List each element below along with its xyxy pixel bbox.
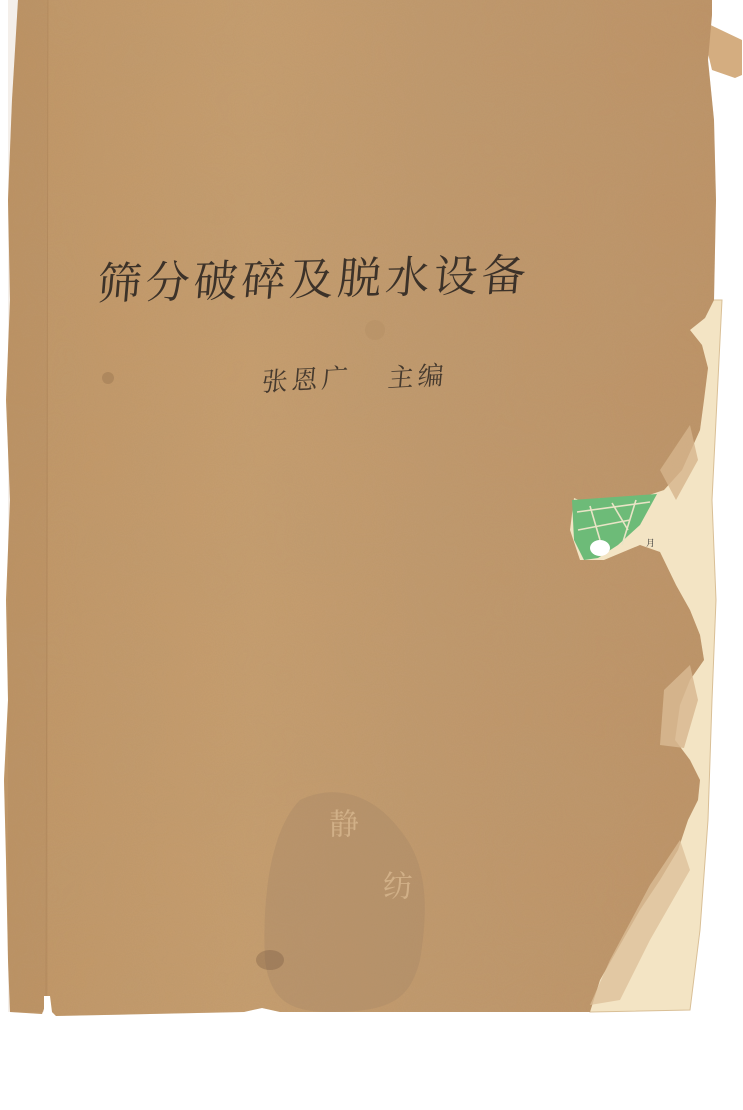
cover-title: 筛分破碎及脱水设备 — [95, 239, 532, 312]
faint-stamp-text-left: 静 — [318, 808, 362, 848]
cover-author: 张恩广 — [260, 357, 353, 399]
inner-page-mark: 月 — [646, 536, 655, 549]
book-cover: 筛分破碎及脱水设备 张恩广 主编 静 纺 月 — [0, 0, 743, 1110]
cover-paper — [0, 0, 743, 1110]
faint-stamp-text-right: 纺 — [372, 870, 416, 910]
cover-author-role: 主编 — [386, 355, 449, 395]
